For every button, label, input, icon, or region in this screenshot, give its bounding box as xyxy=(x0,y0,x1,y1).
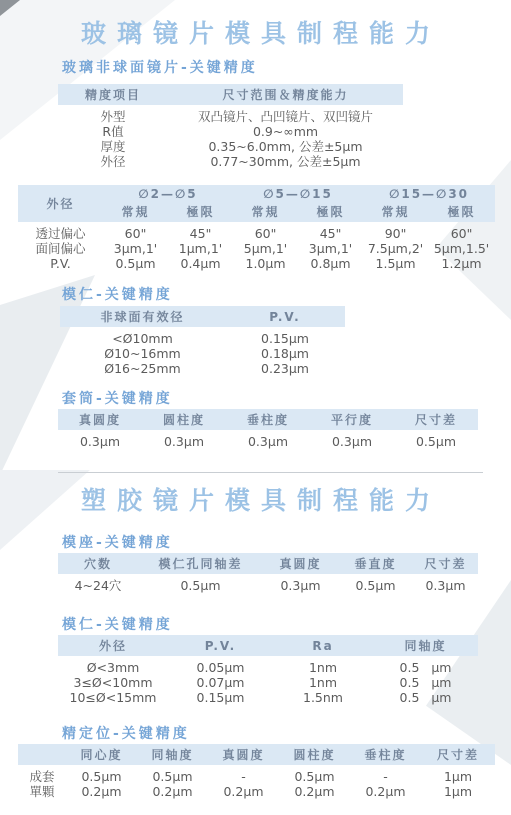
column-header: 尺寸差 xyxy=(421,744,495,765)
table-cell: 0.5μm xyxy=(394,430,478,449)
column-header: 垂柱度 xyxy=(350,744,421,765)
table-cell: 60" xyxy=(233,222,298,241)
table-row: 面间偏心3μm,1'1μm,1'5μm,1'3μm,1'7.5μm,2'5μm,… xyxy=(18,241,495,256)
table-cell: 0.5μm xyxy=(103,256,168,271)
table-cell: 單顆 xyxy=(18,784,66,799)
column-header: 極限 xyxy=(168,203,233,222)
table-cell: 外径 xyxy=(58,154,168,169)
column-header: 穴数 xyxy=(58,553,138,574)
table-cell: 5μm,1' xyxy=(233,241,298,256)
table-cell: 0.4μm xyxy=(168,256,233,271)
glass-section-title: 玻璃镜片模具制程能力 xyxy=(0,14,511,50)
table-row: 外径0.77~30mm, 公差±5μm xyxy=(58,154,403,169)
column-header: P.V. xyxy=(168,635,273,656)
glass-mold-core-table: 非球面有效径P.V.<Ø10mm0.15μmØ10~16mm0.18μmØ16~… xyxy=(60,306,345,376)
table-cell: 60" xyxy=(428,222,495,241)
column-header: 真圆度 xyxy=(208,744,279,765)
table-cell: 厚度 xyxy=(58,139,168,154)
column-header: 常規 xyxy=(233,203,298,222)
column-header: ∅2—∅5 xyxy=(103,185,233,203)
heading-plastic-mold-core: 模仁-关键精度 xyxy=(62,614,173,634)
column-header: P.V. xyxy=(225,306,345,327)
table-cell: Ø<3mm xyxy=(58,656,168,675)
table-cell: 0.5 μm xyxy=(373,675,478,690)
table-cell: 0.2μm xyxy=(66,784,137,799)
table-cell: 0.15μm xyxy=(168,690,273,705)
table-cell: 1.0μm xyxy=(233,256,298,271)
table-cell: 7.5μm,2' xyxy=(363,241,428,256)
table-cell: 0.18μm xyxy=(225,346,345,361)
spec-sheet-page: 玻璃镜片模具制程能力 玻璃非球面镜片-关键精度 精度项目尺寸范围＆精度能力外型双… xyxy=(0,0,511,815)
column-header: 常規 xyxy=(103,203,168,222)
table-cell: 0.5μm xyxy=(138,574,263,593)
column-header: 圆柱度 xyxy=(142,409,226,430)
header-row: 非球面有效径P.V. xyxy=(60,306,345,327)
column-header: 非球面有效径 xyxy=(60,306,225,327)
column-header: 平行度 xyxy=(310,409,394,430)
table-row: <Ø10mm0.15μm xyxy=(60,327,345,346)
column-header: 同心度 xyxy=(66,744,137,765)
column-header: 同轴度 xyxy=(373,635,478,656)
heading-mold-base: 模座-关键精度 xyxy=(62,532,173,552)
table-row: 外型双凸镜片、凸凹镜片、双凹镜片 xyxy=(58,105,403,124)
plastic-mold-core-table: 外径P.V.Ra同轴度Ø<3mm0.05μm1nm0.5 μm3≤Ø<10mm0… xyxy=(58,635,478,705)
table-cell: 0.3μm xyxy=(413,574,478,593)
table-cell: 成套 xyxy=(18,765,66,784)
heading-sleeve: 套筒-关键精度 xyxy=(62,388,173,408)
table-cell: 0.77~30mm, 公差±5μm xyxy=(168,154,403,169)
column-header: 外径 xyxy=(58,635,168,656)
column-header xyxy=(18,744,66,765)
header-row: 精度项目尺寸范围＆精度能力 xyxy=(58,84,403,105)
table-row: 厚度0.35~6.0mm, 公差±5μm xyxy=(58,139,403,154)
table-cell: - xyxy=(208,765,279,784)
header-row: 同心度同轴度真圆度圆柱度垂柱度尺寸差 xyxy=(18,744,495,765)
column-header: 尺寸范围＆精度能力 xyxy=(168,84,403,105)
table-cell: 3≤Ø<10mm xyxy=(58,675,168,690)
column-header: 尺寸差 xyxy=(413,553,478,574)
table-cell: 0.3μm xyxy=(226,430,310,449)
table-cell: 0.35~6.0mm, 公差±5μm xyxy=(168,139,403,154)
column-header: ∅5—∅15 xyxy=(233,185,363,203)
table-cell: 0.23μm xyxy=(225,361,345,376)
table-cell: 1nm xyxy=(273,656,373,675)
table-row: Ø<3mm0.05μm1nm0.5 μm xyxy=(58,656,478,675)
column-header: 極限 xyxy=(298,203,363,222)
heading-glass-mold-core: 模仁-关键精度 xyxy=(62,284,173,304)
precise-positioning-table: 同心度同轴度真圆度圆柱度垂柱度尺寸差成套0.5μm0.5μm-0.5μm-1μm… xyxy=(18,744,495,799)
table-row: Ø10~16mm0.18μm xyxy=(60,346,345,361)
table-cell: 0.3μm xyxy=(310,430,394,449)
table-cell: 3μm,1' xyxy=(103,241,168,256)
table-cell: 透过偏心 xyxy=(18,222,103,241)
column-header: 精度项目 xyxy=(58,84,168,105)
table-cell: 双凸镜片、凸凹镜片、双凹镜片 xyxy=(168,105,403,124)
outer-diameter-spec-table: 外径∅2—∅5∅5—∅15∅15—∅30常規極限常規極限常規極限透过偏心60"4… xyxy=(18,185,495,271)
table-cell: 1μm xyxy=(421,765,495,784)
column-header: ∅15—∅30 xyxy=(363,185,495,203)
heading-precise-positioning: 精定位-关键精度 xyxy=(62,723,190,743)
table-cell: 0.2μm xyxy=(279,784,350,799)
table-cell: 45" xyxy=(168,222,233,241)
table-cell: 5μm,1.5' xyxy=(428,241,495,256)
table-cell: 3μm,1' xyxy=(298,241,363,256)
table-cell: 1μm,1' xyxy=(168,241,233,256)
table-cell: Ø16~25mm xyxy=(60,361,225,376)
column-header: 垂直度 xyxy=(338,553,413,574)
table-cell: 0.3μm xyxy=(58,430,142,449)
table-cell: 1.5μm xyxy=(363,256,428,271)
table-cell: 1.5nm xyxy=(273,690,373,705)
table-cell: 45" xyxy=(298,222,363,241)
header-row: 穴数模仁孔同轴差真圆度垂直度尺寸差 xyxy=(58,553,478,574)
table-row: 0.3μm0.3μm0.3μm0.3μm0.5μm xyxy=(58,430,478,449)
table-cell: 60" xyxy=(103,222,168,241)
column-header: 真圆度 xyxy=(263,553,338,574)
column-header: 極限 xyxy=(428,203,495,222)
table-cell: P.V. xyxy=(18,256,103,271)
table-cell: 0.5 μm xyxy=(373,656,478,675)
table-cell: 0.3μm xyxy=(263,574,338,593)
table-row: Ø16~25mm0.23μm xyxy=(60,361,345,376)
table-cell: 0.15μm xyxy=(225,327,345,346)
table-cell: 10≤Ø<15mm xyxy=(58,690,168,705)
table-cell: 0.2μm xyxy=(137,784,208,799)
table-cell: 0.2μm xyxy=(350,784,421,799)
table-cell: 0.9~∞mm xyxy=(168,124,403,139)
column-header: 同轴度 xyxy=(137,744,208,765)
table-row: 3≤Ø<10mm0.07μm1nm0.5 μm xyxy=(58,675,478,690)
section-divider xyxy=(58,472,483,473)
table-row: 10≤Ø<15mm0.15μm1.5nm0.5 μm xyxy=(58,690,478,705)
table-cell: 面间偏心 xyxy=(18,241,103,256)
table-row: 透过偏心60"45"60"45"90"60" xyxy=(18,222,495,241)
plastic-section-title: 塑胶镜片模具制程能力 xyxy=(0,481,511,517)
column-header: Ra xyxy=(273,635,373,656)
table-row: 4~24穴0.5μm0.3μm0.5μm0.3μm xyxy=(58,574,478,593)
glass-aspheric-table: 精度项目尺寸范围＆精度能力外型双凸镜片、凸凹镜片、双凹镜片R值0.9~∞mm厚度… xyxy=(58,84,403,169)
table-cell: 0.05μm xyxy=(168,656,273,675)
table-cell: 0.5 μm xyxy=(373,690,478,705)
sleeve-table: 真圆度圆柱度垂柱度平行度尺寸差0.3μm0.3μm0.3μm0.3μm0.5μm xyxy=(58,409,478,449)
header-row: 外径P.V.Ra同轴度 xyxy=(58,635,478,656)
table-cell: <Ø10mm xyxy=(60,327,225,346)
column-header: 常規 xyxy=(363,203,428,222)
table-cell: 0.3μm xyxy=(142,430,226,449)
table-row: 成套0.5μm0.5μm-0.5μm-1μm xyxy=(18,765,495,784)
mold-base-table: 穴数模仁孔同轴差真圆度垂直度尺寸差4~24穴0.5μm0.3μm0.5μm0.3… xyxy=(58,553,478,593)
table-cell: 4~24穴 xyxy=(58,574,138,593)
column-header: 尺寸差 xyxy=(394,409,478,430)
header-row: 外径∅2—∅5∅5—∅15∅15—∅30 xyxy=(18,185,495,203)
table-cell: 0.5μm xyxy=(66,765,137,784)
column-header: 真圆度 xyxy=(58,409,142,430)
table-cell: 0.5μm xyxy=(279,765,350,784)
table-row: P.V.0.5μm0.4μm1.0μm0.8μm1.5μm1.2μm xyxy=(18,256,495,271)
heading-glass-aspheric: 玻璃非球面镜片-关键精度 xyxy=(62,57,258,77)
table-cell: 1.2μm xyxy=(428,256,495,271)
table-cell: 0.5μm xyxy=(338,574,413,593)
table-cell: 1μm xyxy=(421,784,495,799)
table-cell: 90" xyxy=(363,222,428,241)
table-cell: 0.5μm xyxy=(137,765,208,784)
column-header: 外径 xyxy=(18,185,103,222)
table-cell: 0.8μm xyxy=(298,256,363,271)
table-cell: - xyxy=(350,765,421,784)
table-cell: 0.07μm xyxy=(168,675,273,690)
table-cell: 1nm xyxy=(273,675,373,690)
table-row: 單顆0.2μm0.2μm0.2μm0.2μm0.2μm1μm xyxy=(18,784,495,799)
table-cell: Ø10~16mm xyxy=(60,346,225,361)
table-row: R值0.9~∞mm xyxy=(58,124,403,139)
table-cell: 0.2μm xyxy=(208,784,279,799)
table-cell: R值 xyxy=(58,124,168,139)
column-header: 垂柱度 xyxy=(226,409,310,430)
table-cell: 外型 xyxy=(58,105,168,124)
column-header: 模仁孔同轴差 xyxy=(138,553,263,574)
column-header: 圆柱度 xyxy=(279,744,350,765)
header-row: 真圆度圆柱度垂柱度平行度尺寸差 xyxy=(58,409,478,430)
